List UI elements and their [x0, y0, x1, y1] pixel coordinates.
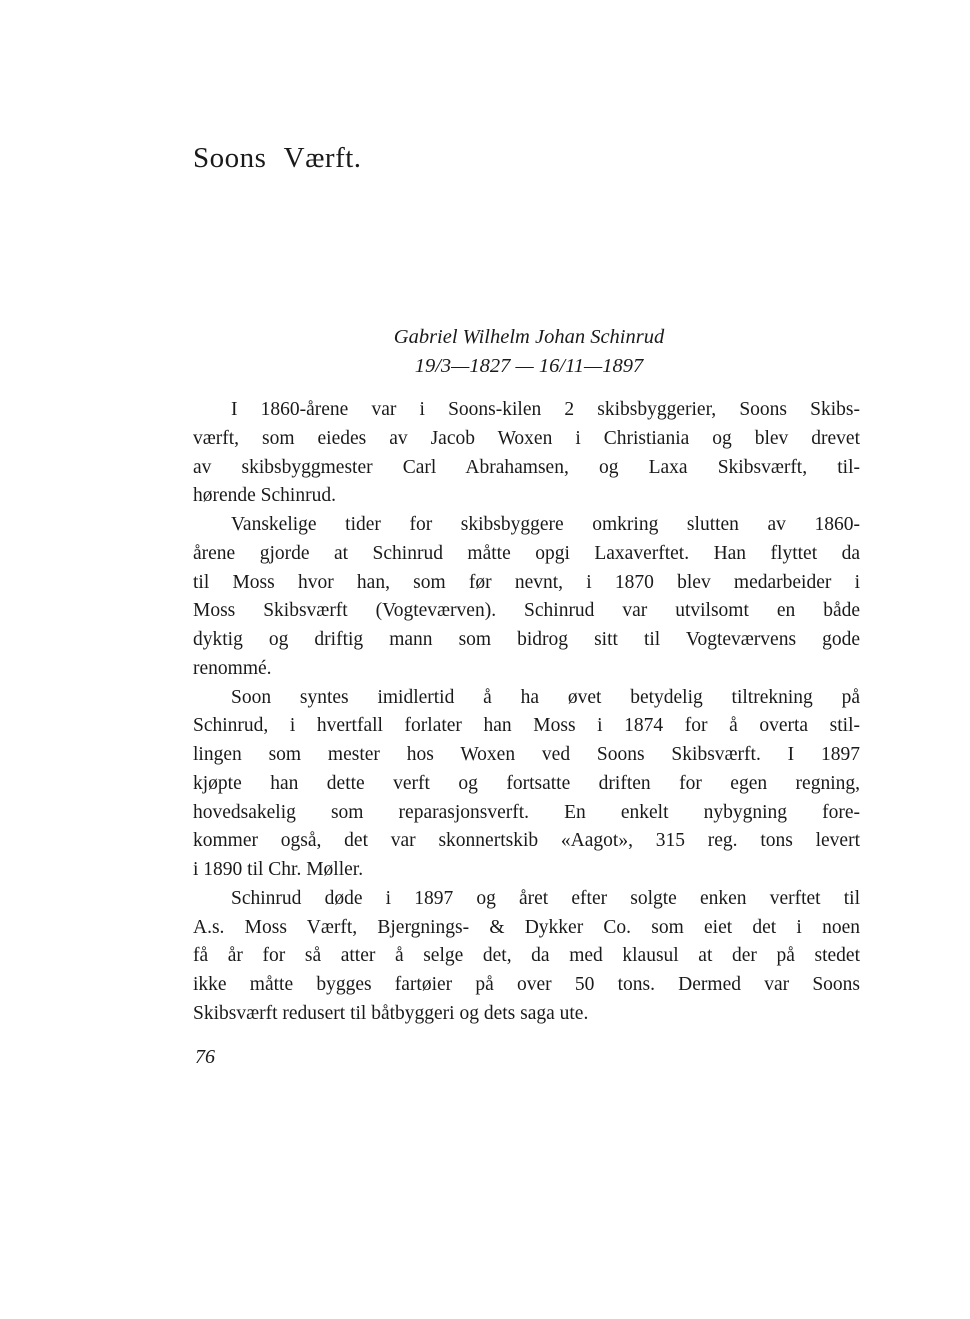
text-line: værft, som eiedes av Jacob Woxen i Chris…	[193, 425, 860, 454]
byline-name-wrap: Gabriel Wilhelm Johan Schinrud	[193, 326, 863, 349]
text-line: Schinrud døde i 1897 og året efter solgt…	[193, 885, 860, 914]
text-line: lingen som mester hos Woxen ved Soons Sk…	[193, 741, 860, 770]
byline-dates-wrap: 19/3—1827 — 16/11—1897	[193, 355, 863, 378]
text-line: kjøpte han dette verft og fortsatte drif…	[193, 770, 860, 799]
text-line: i 1890 til Chr. Møller.	[193, 856, 860, 885]
text-line: renommé.	[193, 655, 860, 684]
text-line: Schinrud, i hvertfall forlater han Moss …	[193, 712, 860, 741]
text-line: I 1860-årene var i Soons-kilen 2 skibsby…	[193, 396, 860, 425]
text-line: av skibsbyggmester Carl Abrahamsen, og L…	[193, 454, 860, 483]
text-line: årene gjorde at Schinrud måtte opgi Laxa…	[193, 540, 860, 569]
text-line: ikke måtte bygges fartøier på over 50 to…	[193, 971, 860, 1000]
byline-dates: 19/3—1827 — 16/11—1897	[361, 355, 697, 378]
text-line: Moss Skibsværft (Vogteværven). Schinrud …	[193, 597, 860, 626]
text-line: Vanskelige tider for skibsbyggere omkrin…	[193, 511, 860, 540]
page-number: 76	[195, 1046, 215, 1069]
text-line: Skibsværft redusert til båtbyggeri og de…	[193, 1000, 860, 1029]
text-line: dyktig og driftig mann som bidrog sitt t…	[193, 626, 860, 655]
text-line: hovedsakelig som reparasjonsverft. En en…	[193, 799, 860, 828]
byline-name: Gabriel Wilhelm Johan Schinrud	[361, 326, 697, 349]
paragraph: Schinrud døde i 1897 og året efter solgt…	[193, 885, 860, 1029]
text-line: kommer også, det var skonnertskib «Aagot…	[193, 827, 860, 856]
paragraph: Vanskelige tider for skibsbyggere omkrin…	[193, 511, 860, 684]
page-title: Soons Værft.	[193, 142, 362, 175]
text-line: Soon syntes imidlertid å ha øvet betydel…	[193, 684, 860, 713]
body-text: I 1860-årene var i Soons-kilen 2 skibsby…	[193, 396, 860, 1029]
text-line: til Moss hvor han, som før nevnt, i 1870…	[193, 569, 860, 598]
text-line: A.s. Moss Værft, Bjergnings- & Dykker Co…	[193, 914, 860, 943]
paragraph: I 1860-årene var i Soons-kilen 2 skibsby…	[193, 396, 860, 511]
text-line: hørende Schinrud.	[193, 482, 860, 511]
text-line: få år for så atter å selge det, da med k…	[193, 942, 860, 971]
paragraph: Soon syntes imidlertid å ha øvet betydel…	[193, 684, 860, 885]
